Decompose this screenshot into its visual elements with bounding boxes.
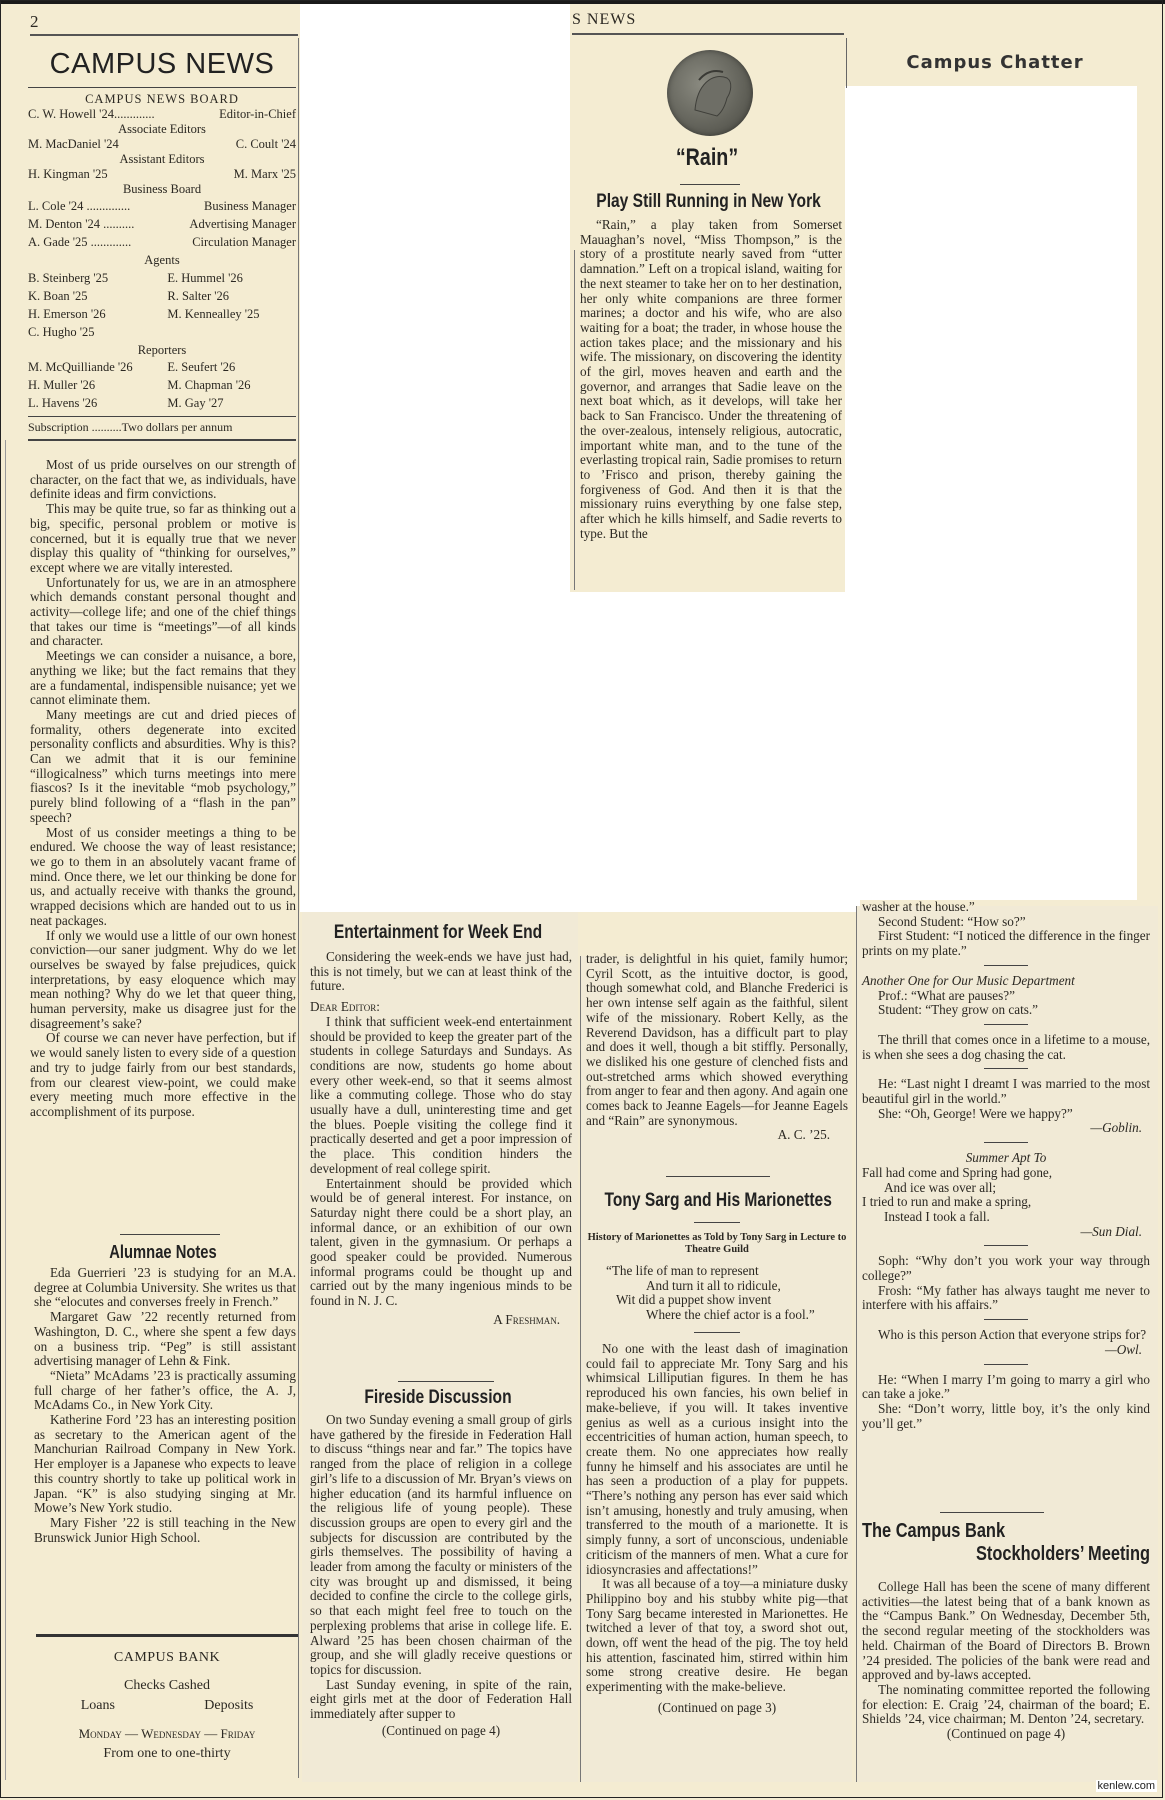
entertainment-intro: Considering the week-ends we have just h… [310, 950, 572, 994]
masthead-title: CAMPUS NEWS [28, 48, 296, 81]
continued-link[interactable]: (Continued on page 3) [586, 1701, 848, 1716]
editorial-paragraph: Meetings we can consider a nuisance, a b… [30, 649, 296, 708]
alumnae-paragraph: Mary Fisher ’22 is still teaching in the… [34, 1516, 296, 1545]
editorial-paragraph: Most of us consider meetings a thing to … [30, 826, 296, 929]
agent-row: K. Boan '25R. Salter '26 [28, 287, 296, 305]
agents-label: Agents [28, 251, 296, 269]
editorial-paragraph: Most of us pride ourselves on our streng… [30, 458, 296, 502]
agents-list: B. Steinberg '25E. Hummel '26K. Boan '25… [28, 269, 296, 341]
assistant-editor: M. Marx '25 [234, 167, 296, 182]
business-row: L. Cole '24 .............. Business Mana… [28, 197, 296, 215]
business-role: Circulation Manager [192, 233, 296, 251]
editorial-article: Most of us pride ourselves on our streng… [30, 458, 296, 1120]
chatter-item: Second Student: “How so?”First Student: … [862, 915, 1150, 959]
bank-paragraph: The nominating committee reported the fo… [862, 1683, 1150, 1727]
agent: E. Hummel '26 [167, 269, 296, 287]
editor-in-chief-row: C. W. Howell '24............. Editor-in-… [28, 107, 296, 122]
chatter-line: Instead I took a fall. [862, 1210, 1150, 1225]
alumnae-paragraph: Katherine Ford ’23 has an interesting po… [34, 1413, 296, 1516]
chatter-line: Who is this person Action that everyone … [862, 1328, 1150, 1343]
editor-name: C. W. Howell '24............. [28, 107, 155, 122]
alumnae-notes: Eda Guerrieri ’23 is studying for an M.A… [34, 1266, 296, 1545]
loans-label: Loans [81, 1698, 115, 1714]
chatter-line: And ice was over all; [862, 1181, 1150, 1196]
entertainment-title: Entertainment for Week End [326, 922, 549, 944]
blank-area-right [845, 86, 1137, 900]
bank-meeting-title: The Campus Bank Stockholders’ Meeting [862, 1520, 1150, 1566]
entertainment-paragraph: I think that sufficient week-end enterta… [310, 1015, 572, 1177]
bank-meeting-article: College Hall has been the scene of many … [862, 1580, 1150, 1742]
business-row: A. Gade '25 ............. Circulation Ma… [28, 233, 296, 251]
poem-line: And turn it all to ridicule, [606, 1279, 846, 1294]
rain-rule [680, 184, 740, 185]
chatter-item: Another One for Our Music DepartmentProf… [862, 974, 1150, 1018]
rain-paragraph: “Rain,” a play taken from Somerset Mauag… [580, 218, 842, 541]
chatter-divider [984, 965, 1028, 966]
editorial-paragraph: This may be quite true, so far as thinki… [30, 502, 296, 576]
campus-chatter-title: Campus Chatter [852, 52, 1138, 73]
chatter-line: He: “When I marry I’m going to marry a g… [862, 1373, 1150, 1402]
rain-signature: A. C. ’25. [586, 1128, 848, 1143]
chatter-line: The thrill that comes once in a lifetime… [862, 1033, 1150, 1062]
subscription-rule-bottom [28, 439, 296, 441]
top-rule-right [572, 33, 844, 35]
rain-title: “Rain” [596, 144, 817, 172]
alumnae-title: Alumnae Notes [54, 1242, 272, 1263]
blank-area-top-middle [300, 4, 570, 912]
business-role: Advertising Manager [189, 215, 296, 233]
fireside-paragraph: Last Sunday evening, in spite of the rai… [310, 1678, 572, 1722]
fireside-article: On two Sunday evening a small group of g… [310, 1413, 572, 1738]
editor-role: Editor-in-Chief [219, 107, 296, 122]
column-rule [846, 38, 847, 88]
chatter-line: She: “Don’t worry, little boy, it’s the … [862, 1402, 1150, 1431]
chatter-divider [984, 1319, 1028, 1320]
column-rule [298, 38, 299, 1778]
continued-link[interactable]: (Continued on page 4) [862, 1727, 1150, 1742]
chatter-line: He: “Last night I dreamt I was married t… [862, 1077, 1150, 1106]
chatter-item: The thrill that comes once in a lifetime… [862, 1033, 1150, 1062]
poem-line: “The life of man to represent [606, 1264, 846, 1279]
business-row: M. Denton '24 .......... Advertising Man… [28, 215, 296, 233]
campus-bank-ad: CAMPUS BANK Checks Cashed Loans Deposits… [36, 1650, 298, 1762]
chatter-line: Fall had come and Spring had gone, [862, 1166, 1150, 1181]
column-rule [856, 906, 857, 1782]
editorial-paragraph: If only we would use a little of our own… [30, 929, 296, 1032]
reporters-label: Reporters [28, 343, 296, 358]
bank-hours: From one to one-thirty [36, 1746, 298, 1762]
campus-chatter-column: washer at the house.”Second Student: “Ho… [862, 898, 1150, 1435]
sarg-article: No one with the least dash of imaginatio… [586, 1342, 848, 1716]
agent: B. Steinberg '25 [28, 269, 167, 287]
chatter-line: Second Student: “How so?” [862, 915, 1150, 930]
section-divider [398, 1381, 494, 1382]
chatter-item-title: Summer Apt To [862, 1151, 1150, 1166]
sarg-paragraph: No one with the least dash of imaginatio… [586, 1342, 848, 1577]
reporter: M. Gay '27 [167, 394, 296, 412]
rain-subtitle: Play Still Running in New York [596, 191, 817, 213]
sarg-deck: History of Marionettes as Told by Tony S… [586, 1232, 848, 1256]
sarg-poem: “The life of man to representAnd turn it… [606, 1264, 846, 1323]
poem-line: Where the chief actor is a fool.” [606, 1308, 846, 1323]
top-rule [30, 34, 298, 36]
masthead-rule [28, 87, 296, 88]
campus-bank-title: CAMPUS BANK [36, 1650, 298, 1666]
reporter: H. Muller '26 [28, 376, 167, 394]
section-divider [666, 1176, 770, 1177]
reporter: L. Havens '26 [28, 394, 167, 412]
alumnae-paragraph: Eda Guerrieri ’23 is studying for an M.A… [34, 1266, 296, 1310]
blank-area-center [570, 592, 860, 912]
column-rule [580, 956, 581, 1782]
editorial-paragraph: Many meetings are cut and dried pieces o… [30, 708, 296, 826]
continued-link[interactable]: (Continued on page 4) [310, 1724, 572, 1739]
reporter-row: L. Havens '26M. Gay '27 [28, 394, 296, 412]
chatter-source: —Sun Dial. [862, 1225, 1150, 1240]
masthead: CAMPUS NEWS CAMPUS NEWS BOARD C. W. Howe… [28, 44, 296, 441]
chatter-divider [984, 1024, 1028, 1025]
bank-title-line2: Stockholders’ Meeting [914, 1543, 1150, 1566]
reporter-row: H. Muller '26M. Chapman '26 [28, 376, 296, 394]
assistant-editors-row: H. Kingman '25 M. Marx '25 [28, 167, 296, 182]
rain-continued: trader, is delightful in his quiet, fami… [586, 952, 848, 1143]
deposits-label: Deposits [204, 1698, 253, 1714]
section-divider [940, 1512, 1044, 1513]
chatter-line: Frosh: “My father has always taught me n… [862, 1284, 1150, 1313]
bank-days: Monday — Wednesday — Friday [36, 1726, 298, 1742]
chatter-divider [984, 1364, 1028, 1365]
business-name: M. Denton '24 [28, 217, 100, 231]
reporter-row: M. McQuilliande '26E. Seufert '26 [28, 358, 296, 376]
poem-line: Wit did a puppet show invent [606, 1293, 846, 1308]
agent-row: H. Emerson '26M. Kennealley '25 [28, 305, 296, 323]
agent: R. Salter '26 [167, 287, 296, 305]
business-name: A. Gade '25 [28, 235, 88, 249]
watermark: kenlew.com [1096, 1780, 1157, 1792]
coin-illustration [667, 50, 753, 136]
chatter-source: —Goblin. [862, 1121, 1150, 1136]
agent [167, 323, 296, 341]
subscription-label: Subscription [28, 420, 89, 434]
reporter: M. McQuilliande '26 [28, 358, 167, 376]
chatter-source: —Owl. [862, 1343, 1150, 1358]
chatter-item: He: “Last night I dreamt I was married t… [862, 1077, 1150, 1136]
agent-row: C. Hugho '25 [28, 323, 296, 341]
checks-cashed: Checks Cashed [36, 1678, 298, 1694]
associate-editors-row: M. MacDaniel '24 C. Coult '24 [28, 137, 296, 152]
scan-top-edge [0, 0, 1165, 4]
salutation: Dear Editor: [310, 1000, 572, 1015]
chatter-line: I tried to run and make a spring, [862, 1195, 1150, 1210]
fireside-paragraph: On two Sunday evening a small group of g… [310, 1413, 572, 1678]
column-rule [5, 440, 6, 1780]
associate-editors-label: Associate Editors [28, 122, 296, 137]
entertainment-signature: A Freshman. [310, 1313, 572, 1328]
agent: M. Kennealley '25 [167, 305, 296, 323]
alumnae-paragraph: Margaret Gaw ’22 recently returned from … [34, 1310, 296, 1369]
chatter-divider [984, 1068, 1028, 1069]
business-name: L. Cole '24 [28, 199, 83, 213]
subscription-value: Two dollars per annum [122, 420, 233, 434]
section-divider [694, 1332, 740, 1333]
chatter-item: Summer Apt ToFall had come and Spring ha… [862, 1151, 1150, 1239]
agent: C. Hugho '25 [28, 323, 167, 341]
reporter: M. Chapman '26 [167, 376, 296, 394]
chatter-item: Who is this person Action that everyone … [862, 1328, 1150, 1357]
chatter-divider [984, 1245, 1028, 1246]
editorial-paragraph: Of course we can never have perfection, … [30, 1031, 296, 1119]
associate-editor: C. Coult '24 [236, 137, 296, 152]
section-divider [694, 1222, 740, 1223]
chatter-line: First Student: “I noticed the difference… [862, 929, 1150, 958]
rain-article: “Rain,” a play taken from Somerset Mauag… [580, 218, 842, 590]
page-number: 2 [30, 12, 39, 32]
alumnae-paragraph: “Nieta” McAdams ’23 is practically assum… [34, 1369, 296, 1413]
bank-title-line1: The Campus Bank [862, 1520, 1098, 1543]
agent-row: B. Steinberg '25E. Hummel '26 [28, 269, 296, 287]
entertainment-article: Considering the week-ends we have just h… [310, 950, 572, 1328]
reporters-list: M. McQuilliande '26E. Seufert '26H. Mull… [28, 358, 296, 412]
rain-continuation: trader, is delightful in his quiet, fami… [586, 952, 848, 1128]
editorial-paragraph: Unfortunately for us, we are in an atmos… [30, 576, 296, 650]
chatter-fragment: washer at the house.” [862, 900, 1150, 915]
agent: K. Boan '25 [28, 287, 167, 305]
chatter-divider [984, 1142, 1028, 1143]
assistant-editor: H. Kingman '25 [28, 167, 108, 182]
services-row: Loans Deposits [36, 1698, 298, 1714]
column-rule [574, 250, 575, 590]
ad-rule [36, 1634, 298, 1637]
laurel-head-icon [667, 50, 753, 136]
chatter-line: She: “Oh, George! Were we happy?” [862, 1107, 1150, 1122]
assistant-editors-label: Assistant Editors [28, 152, 296, 167]
chatter-item: Soph: “Why don’t you work your way throu… [862, 1254, 1150, 1313]
section-divider [120, 1234, 220, 1235]
sarg-paragraph: It was all because of a toy—a miniature … [586, 1577, 848, 1695]
board-title: CAMPUS NEWS BOARD [28, 92, 296, 107]
chatter-line: Prof.: “What are pauses?” [862, 989, 1150, 1004]
running-head: S NEWS [572, 11, 636, 29]
reporter: E. Seufert '26 [167, 358, 296, 376]
sarg-title: Tony Sarg and His Marionettes [604, 1190, 827, 1212]
agent: H. Emerson '26 [28, 305, 167, 323]
business-board-label: Business Board [28, 182, 296, 197]
fireside-title: Fireside Discussion [326, 1387, 549, 1409]
chatter-line: Soph: “Why don’t you work your way throu… [862, 1254, 1150, 1283]
chatter-item: He: “When I marry I’m going to marry a g… [862, 1373, 1150, 1432]
bank-paragraph: College Hall has been the scene of many … [862, 1580, 1150, 1683]
chatter-line: Student: “They grow on cats.” [862, 1003, 1150, 1018]
subscription-row: Subscription ..........Two dollars per a… [28, 420, 296, 435]
chatter-item-title: Another One for Our Music Department [862, 974, 1150, 989]
business-role: Business Manager [204, 197, 296, 215]
subscription-rule-top [28, 416, 296, 417]
associate-editor: M. MacDaniel '24 [28, 137, 119, 152]
entertainment-paragraph: Entertainment should be provided which w… [310, 1177, 572, 1309]
